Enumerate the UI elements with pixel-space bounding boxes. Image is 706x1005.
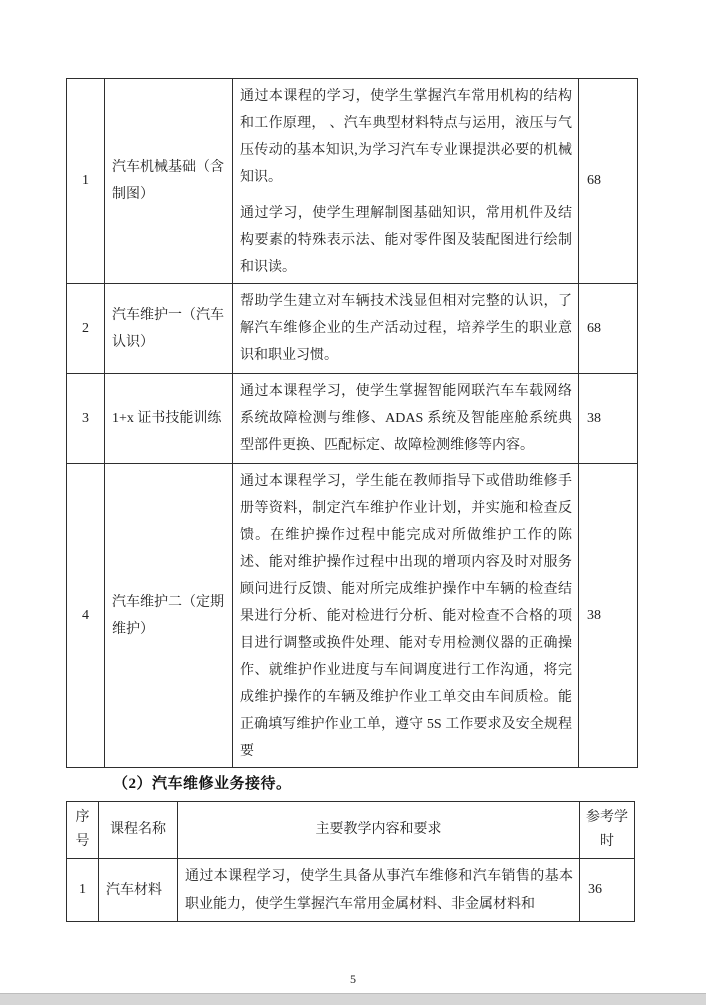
content-paragraph: 通过本课程学习，使学生掌握智能网联汽车车载网络系统故障检测与维修、ADAS 系统… — [240, 378, 572, 459]
row-number-cell: 1 — [67, 79, 105, 284]
hours-cell: 68 — [579, 79, 638, 284]
course-name-cell: 1+x 证书技能训练 — [105, 374, 233, 464]
row-number-cell: 1 — [67, 859, 99, 922]
course-name-cell: 汽车材料 — [99, 859, 178, 922]
course-name-cell: 汽车机械基础（含制图） — [105, 79, 233, 284]
course-content-cell: 通过本课程学习，使学生具备从事汽车维修和汽车销售的基本职业能力，使学生掌握汽车常… — [178, 859, 580, 922]
document-page: 1 汽车机械基础（含制图） 通过本课程的学习，使学生掌握汽车常用机构的结构和工作… — [0, 0, 706, 1005]
course-content-cell: 通过本课程学习，使学生掌握智能网联汽车车载网络系统故障检测与维修、ADAS 系统… — [233, 374, 579, 464]
hours-cell: 38 — [579, 374, 638, 464]
header-hours-label: 参考学时 — [585, 806, 628, 854]
content-paragraph: 通过学习，使学生理解制图基础知识，常用机件及结构要素的特殊表示法、能对零件图及装… — [240, 200, 572, 281]
header-content-cell: 主要教学内容和要求 — [178, 802, 580, 859]
row-number-cell: 4 — [67, 464, 105, 768]
course-content-cell: 通过本课程学习，学生能在教师指导下或借助维修手册等资料，制定汽车维护作业计划，并… — [233, 464, 579, 768]
hours-cell: 36 — [580, 859, 635, 922]
course-content-cell: 通过本课程的学习，使学生掌握汽车常用机构的结构和工作原理， 、汽车典型材料特点与… — [233, 79, 579, 284]
course-name-cell: 汽车维护一（汽车认识） — [105, 284, 233, 374]
table-header-row: 序号 课程名称 主要教学内容和要求 参考学时 — [67, 802, 635, 859]
table-row: 1 汽车材料 通过本课程学习，使学生具备从事汽车维修和汽车销售的基本职业能力，使… — [67, 859, 635, 922]
content-paragraph: 通过本课程的学习，使学生掌握汽车常用机构的结构和工作原理， 、汽车典型材料特点与… — [240, 83, 572, 191]
header-hours-cell: 参考学时 — [580, 802, 635, 859]
course-content-cell: 帮助学生建立对车辆技术浅显但相对完整的认识，了解汽车维修企业的生产活动过程，培养… — [233, 284, 579, 374]
course-table-2: 序号 课程名称 主要教学内容和要求 参考学时 1 汽车材料 通过本课程学习，使学… — [66, 801, 635, 922]
row-number-cell: 3 — [67, 374, 105, 464]
table-row: 2 汽车维护一（汽车认识） 帮助学生建立对车辆技术浅显但相对完整的认识，了解汽车… — [67, 284, 638, 374]
page-boundary-strip — [0, 993, 706, 1005]
row-number-cell: 2 — [67, 284, 105, 374]
table-row: 4 汽车维护二（定期维护） 通过本课程学习，学生能在教师指导下或借助维修手册等资… — [67, 464, 638, 768]
table-row: 1 汽车机械基础（含制图） 通过本课程的学习，使学生掌握汽车常用机构的结构和工作… — [67, 79, 638, 284]
course-name-cell: 汽车维护二（定期维护） — [105, 464, 233, 768]
content-paragraph: 通过本课程学习，学生能在教师指导下或借助维修手册等资料，制定汽车维护作业计划，并… — [240, 468, 572, 765]
content-paragraph: 通过本课程学习，使学生具备从事汽车维修和汽车销售的基本职业能力，使学生掌握汽车常… — [185, 863, 573, 919]
hours-cell: 68 — [579, 284, 638, 374]
header-no-label: 序号 — [74, 806, 91, 854]
header-no-cell: 序号 — [67, 802, 99, 859]
hours-cell: 38 — [579, 464, 638, 768]
page-number: 5 — [0, 972, 706, 987]
section-heading: （2）汽车维修业务接待。 — [113, 772, 292, 793]
course-table-continued: 1 汽车机械基础（含制图） 通过本课程的学习，使学生掌握汽车常用机构的结构和工作… — [66, 78, 638, 768]
header-course-cell: 课程名称 — [99, 802, 178, 859]
table-row: 3 1+x 证书技能训练 通过本课程学习，使学生掌握智能网联汽车车载网络系统故障… — [67, 374, 638, 464]
content-paragraph: 帮助学生建立对车辆技术浅显但相对完整的认识，了解汽车维修企业的生产活动过程，培养… — [240, 288, 572, 369]
